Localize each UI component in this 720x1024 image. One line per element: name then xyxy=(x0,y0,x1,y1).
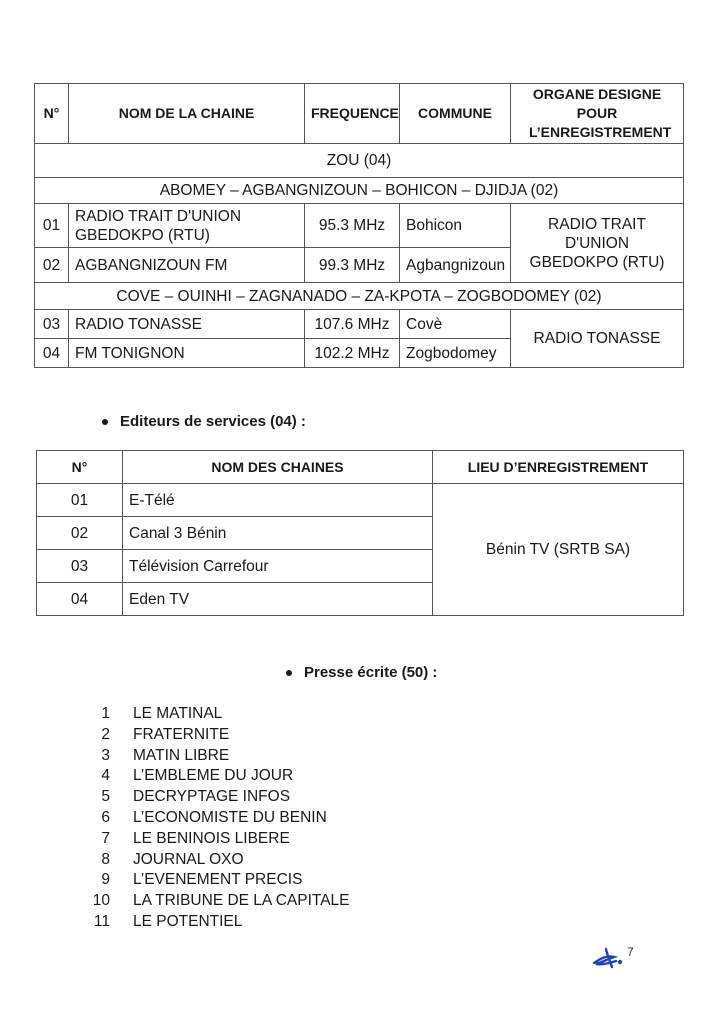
row-commune: Covè xyxy=(400,310,511,339)
row-name: Canal 3 Bénin xyxy=(123,517,433,550)
list-item: 10LA TRIBUNE DE LA CAPITALE xyxy=(86,891,350,912)
row-name: AGBANGNIZOUN FM xyxy=(69,248,305,283)
table-row: 01 RADIO TRAIT D'UNION GBEDOKPO (RTU) 95… xyxy=(35,204,684,248)
row-name: Télévision Carrefour xyxy=(123,550,433,583)
row-num: 03 xyxy=(35,310,69,339)
item-name: DECRYPTAGE INFOS xyxy=(133,787,290,808)
section-title: Presse écrite (50) : xyxy=(304,664,437,681)
header-channel-name: NOM DE LA CHAINE xyxy=(69,84,305,144)
item-name: LA TRIBUNE DE LA CAPITALE xyxy=(133,891,350,912)
row-num: 02 xyxy=(35,248,69,283)
row-num: 01 xyxy=(37,484,123,517)
item-number: 10 xyxy=(86,891,110,912)
section-heading-written-press: Presse écrite (50) : xyxy=(286,664,437,681)
written-press-list: 1LE MATINAL2FRATERNITE3MATIN LIBRE4L’EMB… xyxy=(86,704,350,933)
list-item: 11LE POTENTIEL xyxy=(86,912,350,933)
header-num: N° xyxy=(37,451,123,484)
row-organ: RADIO TRAIT D'UNION GBEDOKPO (RTU) xyxy=(511,204,684,283)
item-number: 11 xyxy=(86,912,110,933)
list-item: 6L’ECONOMISTE DU BENIN xyxy=(86,808,350,829)
department-title: ZOU (04) xyxy=(35,144,684,178)
list-item: 4L’EMBLEME DU JOUR xyxy=(86,766,350,787)
row-name: FM TONIGNON xyxy=(69,339,305,368)
row-name: E-Télé xyxy=(123,484,433,517)
item-name: LE BENINOIS LIBERE xyxy=(133,829,290,850)
list-item: 1LE MATINAL xyxy=(86,704,350,725)
row-name: RADIO TRAIT D'UNION GBEDOKPO (RTU) xyxy=(69,204,305,248)
item-name: L’ECONOMISTE DU BENIN xyxy=(133,808,327,829)
header-commune: COMMUNE xyxy=(400,84,511,144)
item-number: 3 xyxy=(86,746,110,767)
row-name: Eden TV xyxy=(123,583,433,616)
list-item: 9L’EVENEMENT PRECIS xyxy=(86,870,350,891)
row-commune: Zogbodomey xyxy=(400,339,511,368)
row-num: 02 xyxy=(37,517,123,550)
item-number: 1 xyxy=(86,704,110,725)
item-name: LE MATINAL xyxy=(133,704,222,725)
row-organ: RADIO TONASSE xyxy=(511,310,684,368)
row-frequency: 107.6 MHz xyxy=(305,310,400,339)
row-num: 01 xyxy=(35,204,69,248)
table-row: 03 RADIO TONASSE 107.6 MHz Covè RADIO TO… xyxy=(35,310,684,339)
item-number: 4 xyxy=(86,766,110,787)
item-name: JOURNAL OXO xyxy=(133,850,244,871)
item-number: 9 xyxy=(86,870,110,891)
bullet-icon xyxy=(102,419,108,425)
service-editors-table: N° NOM DES CHAINES LIEU D’ENREGISTREMENT… xyxy=(36,450,684,616)
row-frequency: 95.3 MHz xyxy=(305,204,400,248)
row-name: RADIO TONASSE xyxy=(69,310,305,339)
list-item: 5DECRYPTAGE INFOS xyxy=(86,787,350,808)
bullet-icon xyxy=(286,670,292,676)
item-number: 6 xyxy=(86,808,110,829)
group-title: COVE – OUINHI – ZAGNANADO – ZA-KPOTA – Z… xyxy=(35,283,684,310)
row-commune: Agbangnizoun xyxy=(400,248,511,283)
header-channel-names: NOM DES CHAINES xyxy=(123,451,433,484)
handwritten-initials-icon xyxy=(592,945,626,971)
list-item: 3MATIN LIBRE xyxy=(86,746,350,767)
broadcast-stations-table: N° NOM DE LA CHAINE FREQUENCE COMMUNE OR… xyxy=(34,83,684,368)
header-frequency: FREQUENCE xyxy=(305,84,400,144)
table-header-row: N° NOM DE LA CHAINE FREQUENCE COMMUNE OR… xyxy=(35,84,684,144)
item-number: 7 xyxy=(86,829,110,850)
row-num: 04 xyxy=(37,583,123,616)
row-num: 03 xyxy=(37,550,123,583)
item-name: FRATERNITE xyxy=(133,725,229,746)
list-item: 7LE BENINOIS LIBERE xyxy=(86,829,350,850)
item-number: 5 xyxy=(86,787,110,808)
item-name: MATIN LIBRE xyxy=(133,746,229,767)
header-location: LIEU D’ENREGISTREMENT xyxy=(433,451,684,484)
table-header-row: N° NOM DES CHAINES LIEU D’ENREGISTREMENT xyxy=(37,451,684,484)
row-frequency: 99.3 MHz xyxy=(305,248,400,283)
item-number: 2 xyxy=(86,725,110,746)
group-title: ABOMEY – AGBANGNIZOUN – BOHICON – DJIDJA… xyxy=(35,178,684,204)
item-name: L’EMBLEME DU JOUR xyxy=(133,766,293,787)
table-row: 01 E-Télé Bénin TV (SRTB SA) xyxy=(37,484,684,517)
header-num: N° xyxy=(35,84,69,144)
list-item: 2FRATERNITE xyxy=(86,725,350,746)
section-heading-service-editors: Editeurs de services (04) : xyxy=(102,413,306,430)
item-name: L’EVENEMENT PRECIS xyxy=(133,870,302,891)
section-title: Editeurs de services (04) : xyxy=(120,413,306,430)
list-item: 8JOURNAL OXO xyxy=(86,850,350,871)
row-num: 04 xyxy=(35,339,69,368)
page-number: 7 xyxy=(627,945,634,959)
row-commune: Bohicon xyxy=(400,204,511,248)
item-number: 8 xyxy=(86,850,110,871)
item-name: LE POTENTIEL xyxy=(133,912,242,933)
header-organ: ORGANE DESIGNE POUR L’ENREGISTREMENT xyxy=(511,84,684,144)
row-location: Bénin TV (SRTB SA) xyxy=(433,484,684,616)
row-frequency: 102.2 MHz xyxy=(305,339,400,368)
